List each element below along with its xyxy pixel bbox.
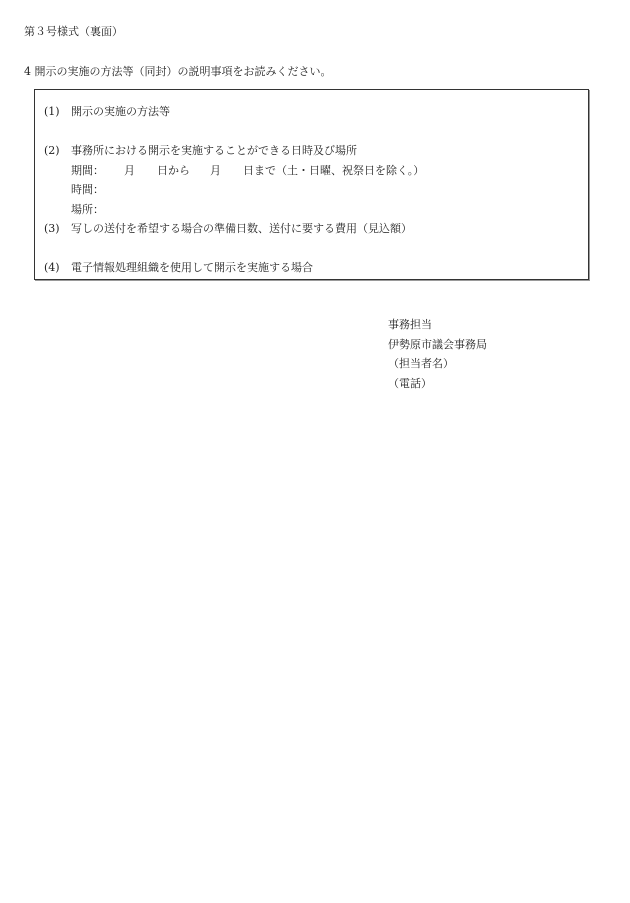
contact-person: （担当者名） bbox=[388, 357, 454, 371]
section-heading: 4 開示の実施の方法等（同封）の説明事項をお読みください。 bbox=[24, 65, 332, 79]
period-day-to: 日まで（土・日曜、祝祭日を除く。） bbox=[243, 164, 424, 177]
item-1-number: (1) bbox=[44, 105, 60, 119]
explanation-box: (1) 開示の実施の方法等 (2) 事務所における開示を実施することができる日時… bbox=[34, 89, 589, 280]
place-row: 場所： bbox=[71, 203, 104, 217]
item-2-number: (2) bbox=[44, 144, 60, 158]
period-month-from: 月 bbox=[124, 164, 135, 177]
item-3-text: 写しの送付を希望する場合の準備日数、送付に要する費用（見込額） bbox=[71, 222, 412, 236]
place-label: 場所： bbox=[71, 203, 104, 216]
contact-office: 伊勢原市議会事務局 bbox=[388, 338, 487, 352]
contact-title: 事務担当 bbox=[388, 318, 432, 332]
item-2-text: 事務所における開示を実施することができる日時及び場所 bbox=[71, 144, 357, 158]
time-label: 時間： bbox=[71, 183, 104, 196]
period-day-from: 日から bbox=[157, 164, 190, 177]
item-4-text: 電子情報処理組織を使用して開示を実施する場合 bbox=[71, 261, 313, 275]
item-4-number: (4) bbox=[44, 261, 60, 275]
period-month-to: 月 bbox=[210, 164, 221, 177]
period-row: 期間：月日から月日まで（土・日曜、祝祭日を除く。） bbox=[71, 164, 424, 178]
item-3-number: (3) bbox=[44, 222, 60, 236]
contact-phone: （電話） bbox=[388, 377, 432, 391]
item-1-text: 開示の実施の方法等 bbox=[71, 105, 170, 119]
period-label: 期間： bbox=[71, 164, 104, 177]
form-label: 第３号様式（裏面） bbox=[24, 25, 123, 39]
time-row: 時間： bbox=[71, 183, 104, 197]
